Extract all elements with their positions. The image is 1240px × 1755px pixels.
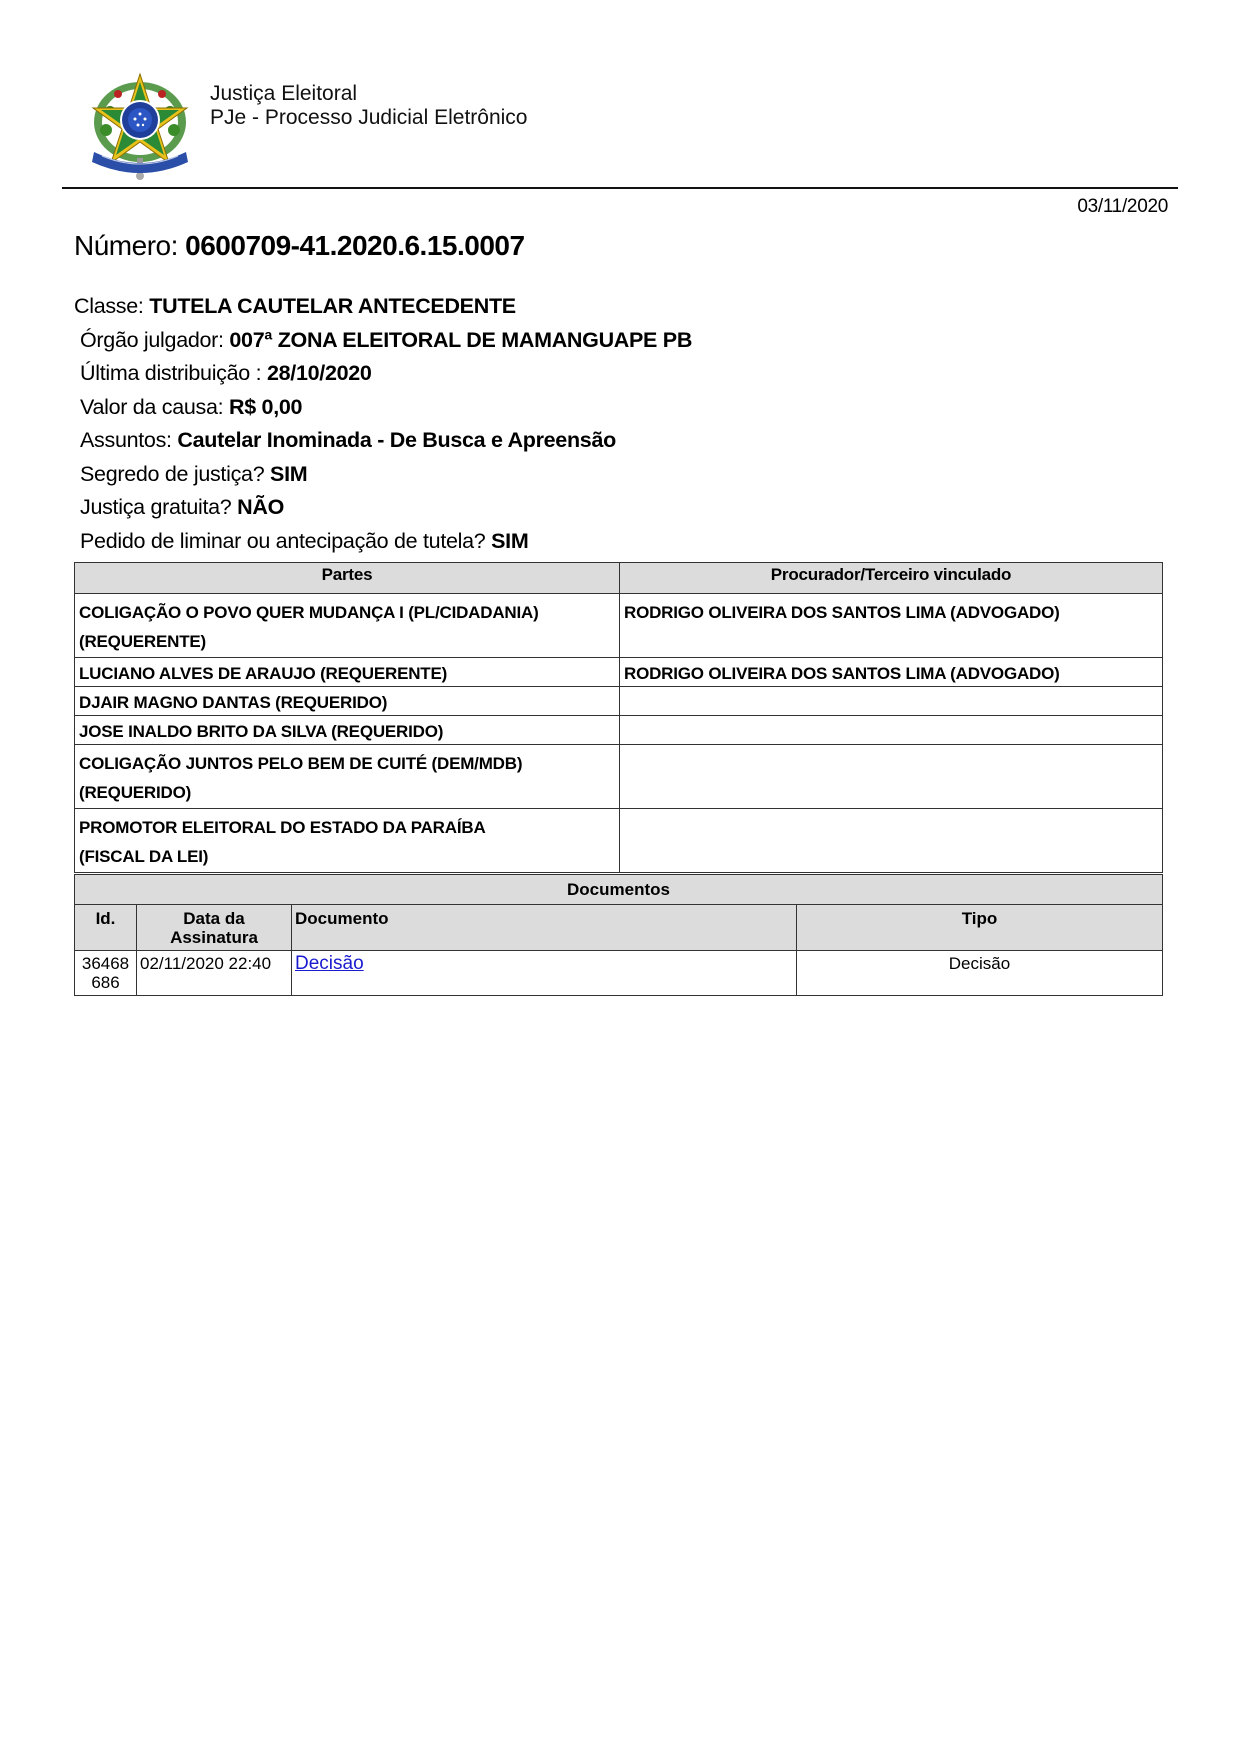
document-date-cell: 02/11/2020 22:40 — [137, 951, 292, 996]
column-header-partes: Partes — [75, 563, 620, 594]
org-name: Justiça Eleitoral — [210, 82, 527, 106]
table-row: COLIGAÇÃO O POVO QUER MUDANÇA I (PL/CIDA… — [75, 594, 1163, 658]
field-label: Assuntos: — [80, 428, 172, 452]
parte-cell: JOSE INALDO BRITO DA SILVA (REQUERIDO) — [75, 716, 620, 745]
table-row: 36468 686 02/11/2020 22:40 Decisão Decis… — [75, 951, 1163, 996]
documentos-title: Documentos — [75, 875, 1163, 905]
parte-cell: PROMOTOR ELEITORAL DO ESTADO DA PARAÍBA … — [75, 809, 620, 873]
procurador-cell — [620, 745, 1163, 809]
field-justica-gratuita: Justiça gratuita? NÃO — [74, 491, 692, 525]
field-label: Órgão julgador: — [80, 328, 224, 352]
field-assuntos: Assuntos: Cautelar Inominada - De Busca … — [74, 424, 692, 458]
parte-role: (FISCAL DA LEI) — [79, 842, 615, 871]
partes-header-row: Partes Procurador/Terceiro vinculado — [75, 563, 1163, 594]
column-header-id: Id. — [75, 905, 137, 951]
field-ultima-distribuicao: Última distribuição : 28/10/2020 — [74, 357, 692, 391]
field-segredo-justica: Segredo de justiça? SIM — [74, 458, 692, 492]
document-id-line: 36468 — [78, 954, 133, 973]
field-value: TUTELA CAUTELAR ANTECEDENTE — [149, 294, 516, 318]
document-type-cell: Decisão — [797, 951, 1163, 996]
process-number-label: Número: — [74, 230, 178, 261]
column-header-documento: Documento — [292, 905, 797, 951]
document-link[interactable]: Decisão — [295, 953, 364, 974]
field-value: SIM — [270, 462, 307, 486]
parte-name: PROMOTOR ELEITORAL DO ESTADO DA PARAÍBA — [79, 813, 615, 842]
field-value: Cautelar Inominada - De Busca e Apreensã… — [177, 428, 616, 452]
process-number: Número: 0600709-41.2020.6.15.0007 — [74, 230, 525, 262]
field-label: Justiça gratuita? — [80, 495, 231, 519]
document-id-line: 686 — [78, 973, 133, 992]
procurador-cell — [620, 716, 1163, 745]
procurador-cell — [620, 809, 1163, 873]
field-value: 007ª ZONA ELEITORAL DE MAMANGUAPE PB — [229, 328, 692, 352]
parte-name: COLIGAÇÃO JUNTOS PELO BEM DE CUITÉ (DEM/… — [79, 749, 615, 778]
header-line: Assinatura — [140, 928, 288, 947]
parte-role: (REQUERENTE) — [79, 627, 615, 656]
field-label: Segredo de justiça? — [80, 462, 264, 486]
field-value: SIM — [491, 529, 528, 553]
header-line: Data da — [140, 909, 288, 928]
field-label: Pedido de liminar ou antecipação de tute… — [80, 529, 485, 553]
field-value: R$ 0,00 — [229, 395, 302, 419]
field-label: Valor da causa: — [80, 395, 223, 419]
field-orgao-julgador: Órgão julgador: 007ª ZONA ELEITORAL DE M… — [74, 324, 692, 358]
field-label: Classe: — [74, 294, 144, 318]
field-value: NÃO — [237, 495, 284, 519]
table-row: COLIGAÇÃO JUNTOS PELO BEM DE CUITÉ (DEM/… — [75, 745, 1163, 809]
system-name: PJe - Processo Judicial Eletrônico — [210, 106, 527, 130]
field-classe: Classe: TUTELA CAUTELAR ANTECEDENTE — [74, 290, 692, 324]
table-row: PROMOTOR ELEITORAL DO ESTADO DA PARAÍBA … — [75, 809, 1163, 873]
document-cell: Decisão — [292, 951, 797, 996]
parte-cell: DJAIR MAGNO DANTAS (REQUERIDO) — [75, 687, 620, 716]
process-number-value: 0600709-41.2020.6.15.0007 — [185, 230, 524, 261]
procurador-cell: RODRIGO OLIVEIRA DOS SANTOS LIMA (ADVOGA… — [620, 594, 1163, 658]
document-header: Justiça Eleitoral PJe - Processo Judicia… — [88, 72, 1178, 187]
column-header-tipo: Tipo — [797, 905, 1163, 951]
brazil-coat-of-arms-icon — [88, 72, 192, 184]
table-row: DJAIR MAGNO DANTAS (REQUERIDO) — [75, 687, 1163, 716]
parte-cell: LUCIANO ALVES DE ARAUJO (REQUERENTE) — [75, 658, 620, 687]
procurador-cell — [620, 687, 1163, 716]
documentos-title-row: Documentos — [75, 875, 1163, 905]
print-date: 03/11/2020 — [1077, 196, 1168, 218]
table-row: LUCIANO ALVES DE ARAUJO (REQUERENTE) ROD… — [75, 658, 1163, 687]
documentos-table: Documentos Id. Data da Assinatura Docume… — [74, 874, 1163, 996]
column-header-data-assinatura: Data da Assinatura — [137, 905, 292, 951]
field-value: 28/10/2020 — [267, 361, 372, 385]
process-fields: Classe: TUTELA CAUTELAR ANTECEDENTE Órgã… — [74, 290, 692, 558]
procurador-cell: RODRIGO OLIVEIRA DOS SANTOS LIMA (ADVOGA… — [620, 658, 1163, 687]
parte-cell: COLIGAÇÃO JUNTOS PELO BEM DE CUITÉ (DEM/… — [75, 745, 620, 809]
parte-name: COLIGAÇÃO O POVO QUER MUDANÇA I (PL/CIDA… — [79, 598, 615, 627]
field-label: Última distribuição : — [80, 361, 261, 385]
document-id-cell: 36468 686 — [75, 951, 137, 996]
parte-role: (REQUERIDO) — [79, 778, 615, 807]
field-pedido-liminar: Pedido de liminar ou antecipação de tute… — [74, 525, 692, 559]
documentos-header-row: Id. Data da Assinatura Documento Tipo — [75, 905, 1163, 951]
parte-cell: COLIGAÇÃO O POVO QUER MUDANÇA I (PL/CIDA… — [75, 594, 620, 658]
partes-table: Partes Procurador/Terceiro vinculado COL… — [74, 562, 1163, 873]
header-divider — [62, 187, 1178, 189]
header-title-block: Justiça Eleitoral PJe - Processo Judicia… — [210, 82, 527, 130]
table-row: JOSE INALDO BRITO DA SILVA (REQUERIDO) — [75, 716, 1163, 745]
field-valor-causa: Valor da causa: R$ 0,00 — [74, 391, 692, 425]
column-header-procurador: Procurador/Terceiro vinculado — [620, 563, 1163, 594]
